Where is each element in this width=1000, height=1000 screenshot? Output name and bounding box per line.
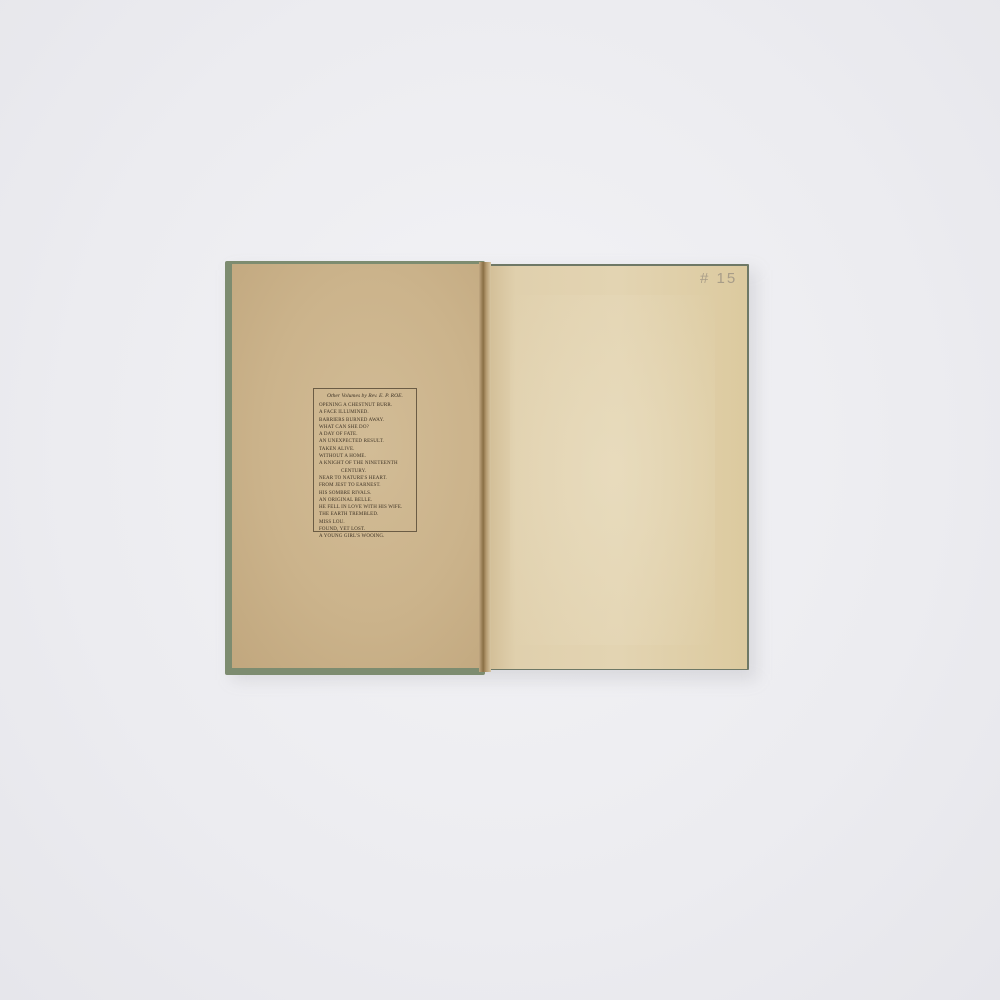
list-item: NEAR TO NATURE'S HEART. (319, 475, 411, 482)
book-titles-list: OPENING A CHESTNUT BURR. A FACE ILLUMINE… (319, 402, 411, 541)
list-item: A YOUNG GIRL'S WOOING. (319, 533, 411, 540)
list-item: A FACE ILLUMINED. (319, 409, 411, 416)
advertisement-title: Other Volumes by Rev. E. P. ROE. (319, 393, 411, 399)
list-item: MISS LOU. (319, 519, 411, 526)
pencil-price-mark: # 15 (700, 270, 737, 287)
list-item: TAKEN ALIVE. (319, 446, 411, 453)
list-item: HE FELL IN LOVE WITH HIS WIFE. (319, 504, 411, 511)
list-item: AN UNEXPECTED RESULT. (319, 438, 411, 445)
list-item: WITHOUT A HOME. (319, 453, 411, 460)
list-item: FROM JEST TO EARNEST. (319, 482, 411, 489)
list-item: OPENING A CHESTNUT BURR. (319, 402, 411, 409)
list-item: HIS SOMBRE RIVALS. (319, 490, 411, 497)
advertisement-box: Other Volumes by Rev. E. P. ROE. OPENING… (313, 388, 417, 532)
book-gutter (479, 262, 491, 672)
list-item: A KNIGHT OF THE NINETEENTH (319, 460, 411, 467)
list-item: CENTURY. (319, 468, 411, 475)
list-item: WHAT CAN SHE DO? (319, 424, 411, 431)
list-item: A DAY OF FATE. (319, 431, 411, 438)
list-item: THE EARTH TREMBLED. (319, 511, 411, 518)
list-item: AN ORIGINAL BELLE. (319, 497, 411, 504)
page-tone (510, 295, 715, 645)
list-item: FOUND, YET LOST. (319, 526, 411, 533)
list-item: BARRIERS BURNED AWAY. (319, 417, 411, 424)
